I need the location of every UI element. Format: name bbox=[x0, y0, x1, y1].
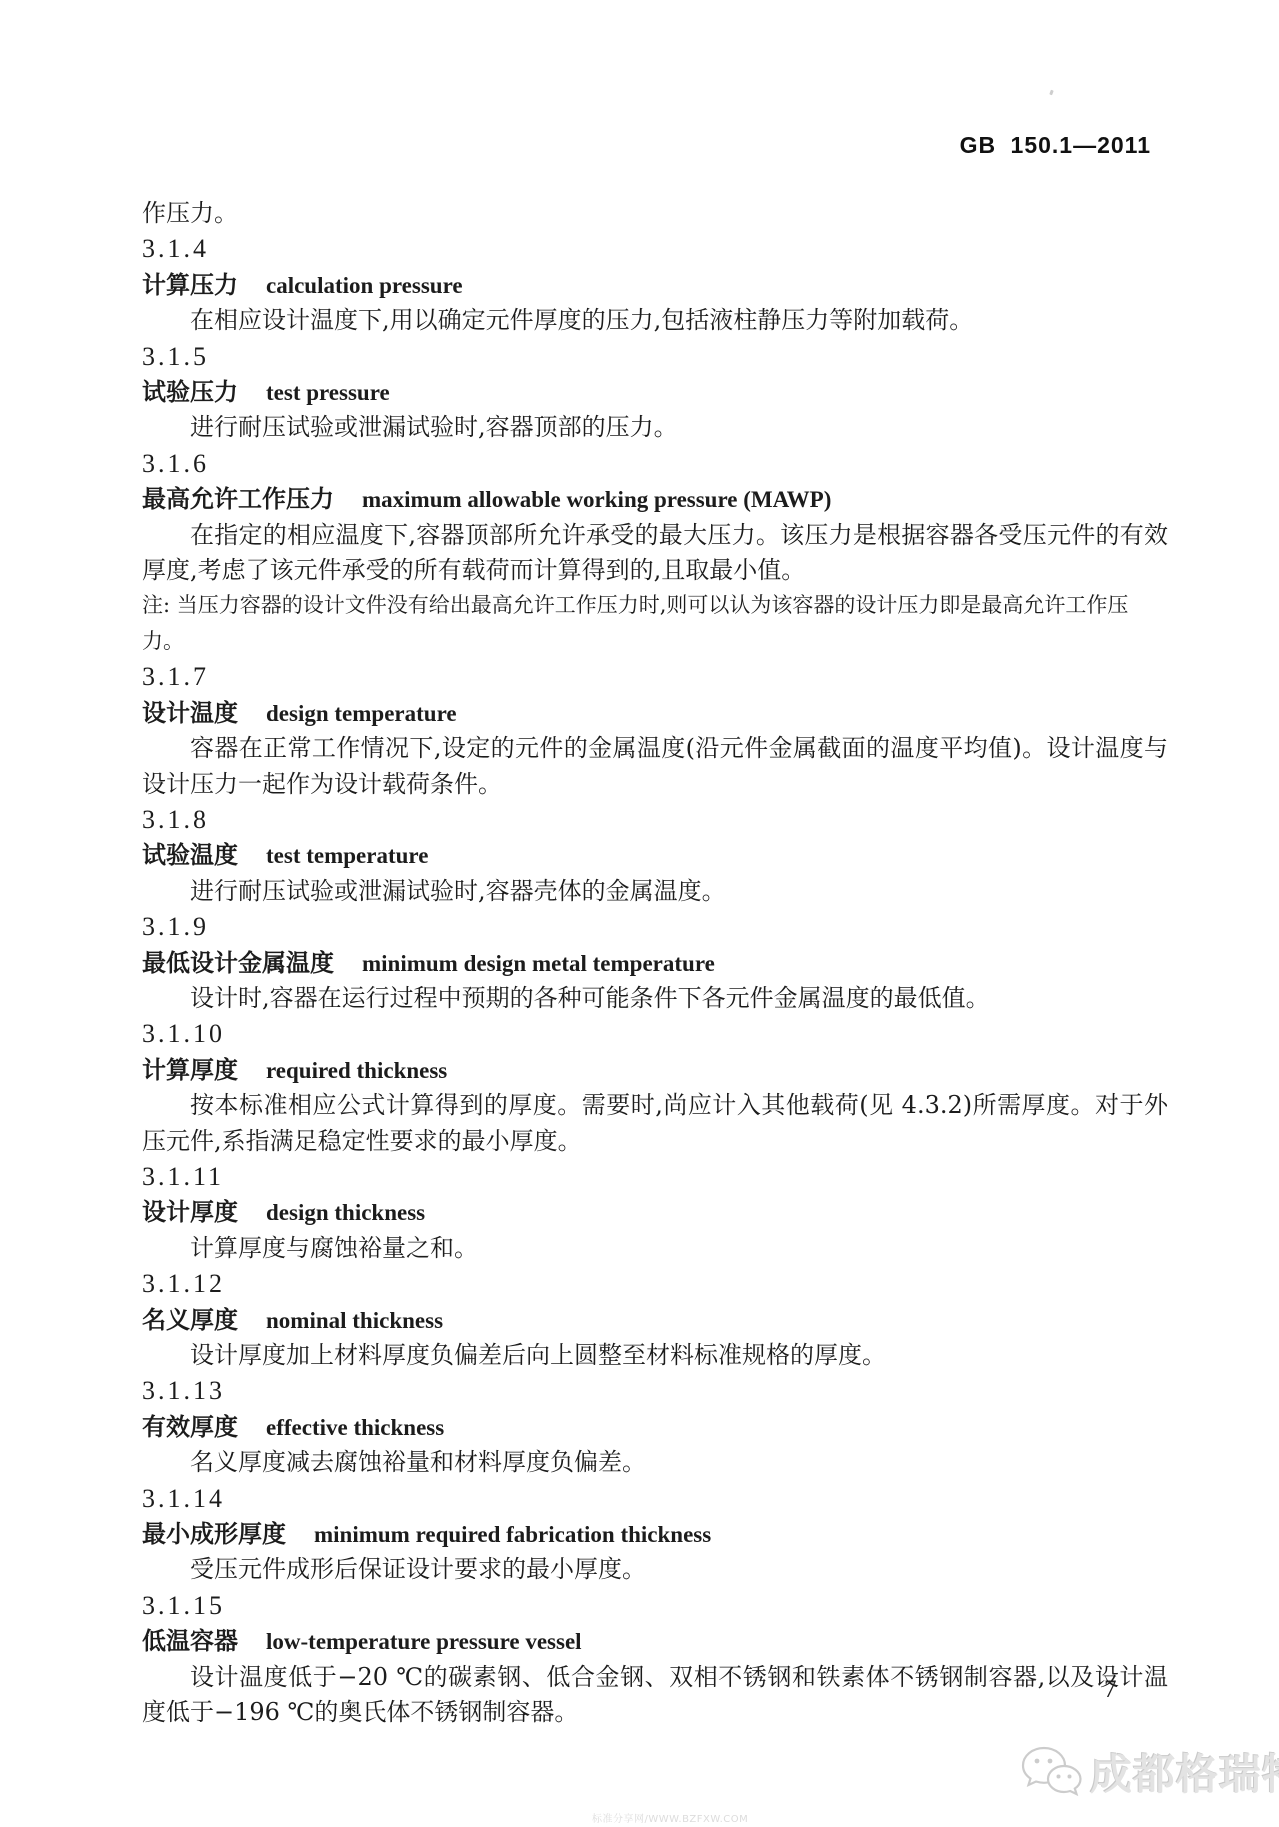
term-line: 最低设计金属温度minimum design metal temperature bbox=[142, 945, 1168, 981]
definition-paragraph: 进行耐压试验或泄漏试验时,容器壳体的金属温度。 bbox=[142, 874, 1168, 909]
term-line: 计算压力calculation pressure bbox=[142, 267, 1168, 303]
term-line: 试验压力test pressure bbox=[142, 374, 1168, 410]
share-site-watermark: 标准分享网/WWW.BZFXW.COM bbox=[592, 1810, 748, 1825]
section-3-1-9: 3.1.9 最低设计金属温度minimum design metal tempe… bbox=[142, 909, 1168, 1016]
section-number: 3.1.9 bbox=[142, 909, 1168, 944]
section-number: 3.1.8 bbox=[142, 802, 1168, 837]
section-3-1-13: 3.1.13 有效厚度effective thickness 名义厚度减去腐蚀裕… bbox=[142, 1373, 1168, 1480]
section-number: 3.1.13 bbox=[142, 1373, 1168, 1408]
section-number: 3.1.4 bbox=[142, 231, 1168, 266]
section-number: 3.1.12 bbox=[142, 1266, 1168, 1301]
term-zh: 设计温度 bbox=[142, 699, 238, 727]
definition-paragraph: 受压元件成形后保证设计要求的最小厚度。 bbox=[142, 1552, 1168, 1587]
section-3-1-15: 3.1.15 低温容器low-temperature pressure vess… bbox=[142, 1588, 1168, 1731]
page-number: 7 bbox=[1104, 1676, 1117, 1704]
term-en: calculation pressure bbox=[266, 273, 463, 298]
section-3-1-12: 3.1.12 名义厚度nominal thickness 设计厚度加上材料厚度负… bbox=[142, 1266, 1168, 1373]
note-line: 注: 当压力容器的设计文件没有给出最高允许工作压力时,则可以认为该容器的设计压力… bbox=[142, 588, 1168, 659]
definition-paragraph: 按本标准相应公式计算得到的厚度。需要时,尚应计入其他载荷(见 4.3.2)所需厚… bbox=[142, 1088, 1168, 1159]
brand-watermark: 成都格瑞特 bbox=[1020, 1744, 1279, 1806]
section-number: 3.1.10 bbox=[142, 1016, 1168, 1051]
term-line: 最小成形厚度minimum required fabrication thick… bbox=[142, 1516, 1168, 1552]
term-zh: 名义厚度 bbox=[142, 1306, 238, 1334]
term-en: low-temperature pressure vessel bbox=[266, 1629, 582, 1654]
term-en: maximum allowable working pressure (MAWP… bbox=[362, 487, 831, 512]
term-en: design temperature bbox=[266, 701, 457, 726]
definition-paragraph: 名义厚度减去腐蚀裕量和材料厚度负偏差。 bbox=[142, 1445, 1168, 1480]
term-en: effective thickness bbox=[266, 1415, 444, 1440]
section-3-1-7: 3.1.7 设计温度design temperature 容器在正常工作情况下,… bbox=[142, 659, 1168, 802]
term-en: design thickness bbox=[266, 1200, 425, 1225]
document-body: 作压力。 3.1.4 计算压力calculation pressure 在相应设… bbox=[142, 196, 1168, 1730]
term-en: test pressure bbox=[266, 380, 390, 405]
section-3-1-4: 3.1.4 计算压力calculation pressure 在相应设计温度下,… bbox=[142, 231, 1168, 338]
term-zh: 试验压力 bbox=[142, 378, 238, 406]
term-en: required thickness bbox=[266, 1058, 447, 1083]
term-en: minimum design metal temperature bbox=[362, 951, 715, 976]
definition-paragraph: 进行耐压试验或泄漏试验时,容器顶部的压力。 bbox=[142, 410, 1168, 445]
term-line: 试验温度test temperature bbox=[142, 837, 1168, 873]
term-line: 计算厚度required thickness bbox=[142, 1052, 1168, 1088]
term-line: 有效厚度effective thickness bbox=[142, 1409, 1168, 1445]
term-zh: 计算厚度 bbox=[142, 1056, 238, 1084]
standard-code-header: GB 150.1—2011 bbox=[960, 132, 1151, 159]
section-number: 3.1.11 bbox=[142, 1159, 1168, 1194]
section-number: 3.1.6 bbox=[142, 446, 1168, 481]
term-line: 名义厚度nominal thickness bbox=[142, 1302, 1168, 1338]
section-3-1-5: 3.1.5 试验压力test pressure 进行耐压试验或泄漏试验时,容器顶… bbox=[142, 339, 1168, 446]
section-3-1-11: 3.1.11 设计厚度design thickness 计算厚度与腐蚀裕量之和。 bbox=[142, 1159, 1168, 1266]
term-zh: 最低设计金属温度 bbox=[142, 949, 334, 977]
definition-paragraph: 在指定的相应温度下,容器顶部所允许承受的最大压力。该压力是根据容器各受压元件的有… bbox=[142, 518, 1168, 589]
section-3-1-14: 3.1.14 最小成形厚度minimum required fabricatio… bbox=[142, 1481, 1168, 1588]
definition-paragraph: 容器在正常工作情况下,设定的元件的金属温度(沿元件金属截面的温度平均值)。设计温… bbox=[142, 731, 1168, 802]
term-line: 最高允许工作压力maximum allowable working pressu… bbox=[142, 481, 1168, 517]
wechat-icon bbox=[1020, 1744, 1084, 1806]
section-number: 3.1.15 bbox=[142, 1588, 1168, 1623]
brand-watermark-text: 成都格瑞特 bbox=[1090, 1754, 1279, 1796]
carryover-line: 作压力。 bbox=[142, 196, 1168, 231]
term-zh: 试验温度 bbox=[142, 841, 238, 869]
term-zh: 设计厚度 bbox=[142, 1198, 238, 1226]
document-page: GB 150.1—2011 作压力。 3.1.4 计算压力calculation… bbox=[0, 0, 1279, 1827]
scan-speck bbox=[1049, 90, 1054, 96]
term-zh: 最高允许工作压力 bbox=[142, 485, 334, 513]
definition-paragraph: 计算厚度与腐蚀裕量之和。 bbox=[142, 1231, 1168, 1266]
term-line: 设计温度design temperature bbox=[142, 695, 1168, 731]
definition-paragraph: 设计厚度加上材料厚度负偏差后向上圆整至材料标准规格的厚度。 bbox=[142, 1338, 1168, 1373]
section-3-1-6: 3.1.6 最高允许工作压力maximum allowable working … bbox=[142, 446, 1168, 659]
section-number: 3.1.5 bbox=[142, 339, 1168, 374]
term-line: 设计厚度design thickness bbox=[142, 1194, 1168, 1230]
term-en: test temperature bbox=[266, 843, 428, 868]
term-line: 低温容器low-temperature pressure vessel bbox=[142, 1623, 1168, 1659]
term-zh: 最小成形厚度 bbox=[142, 1520, 286, 1548]
definition-paragraph: 设计时,容器在运行过程中预期的各种可能条件下各元件金属温度的最低值。 bbox=[142, 981, 1168, 1016]
section-number: 3.1.14 bbox=[142, 1481, 1168, 1516]
definition-paragraph: 在相应设计温度下,用以确定元件厚度的压力,包括液柱静压力等附加载荷。 bbox=[142, 303, 1168, 338]
term-zh: 计算压力 bbox=[142, 271, 238, 299]
term-zh: 低温容器 bbox=[142, 1627, 238, 1655]
term-en: minimum required fabrication thickness bbox=[314, 1522, 711, 1547]
term-zh: 有效厚度 bbox=[142, 1413, 238, 1441]
section-3-1-10: 3.1.10 计算厚度required thickness 按本标准相应公式计算… bbox=[142, 1016, 1168, 1159]
section-3-1-8: 3.1.8 试验温度test temperature 进行耐压试验或泄漏试验时,… bbox=[142, 802, 1168, 909]
term-en: nominal thickness bbox=[266, 1308, 443, 1333]
definition-paragraph: 设计温度低于−20 ℃的碳素钢、低合金钢、双相不锈钢和铁素体不锈钢制容器,以及设… bbox=[142, 1660, 1168, 1731]
section-number: 3.1.7 bbox=[142, 659, 1168, 694]
